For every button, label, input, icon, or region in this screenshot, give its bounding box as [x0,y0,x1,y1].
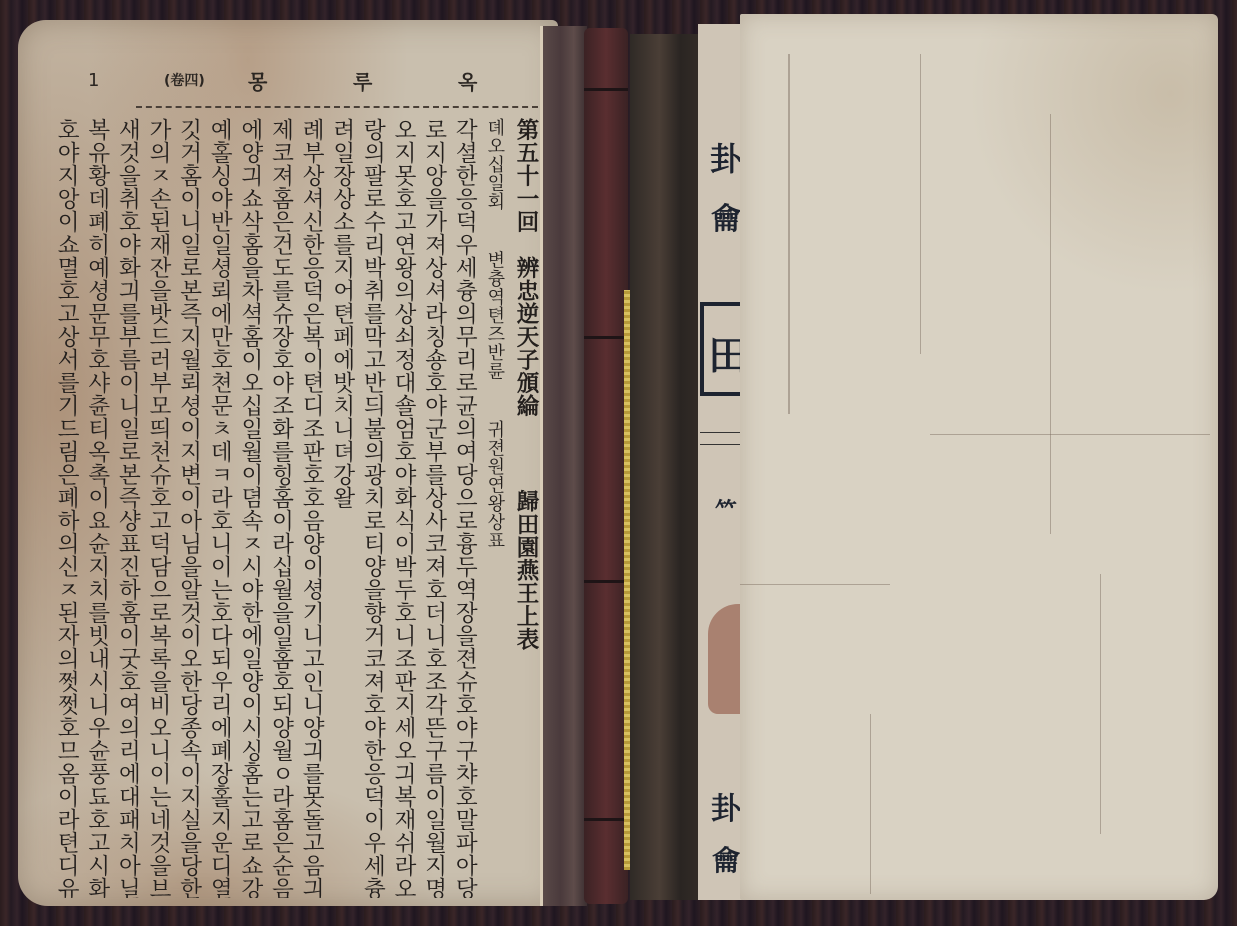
cover-crease [788,54,790,414]
bound-spine [584,28,628,904]
text-column: 랑의팔로수리박취를막고반듸불의광치로티양을향거코져호야한응덕이우세츙을거느 [360,118,389,898]
page-number: 1 [88,70,99,91]
vertical-text-body: 第五十一回 辨忠逆天子頒綸 歸田園燕王上表 뎨오십일회 변츙역텬즈반륜 귀젼원연… [54,118,542,898]
text-column: 호야지앙이쇼멸호고상서를기드림은폐하의신ㅈ된자의쩟쩟호므옴이라텬디유양이 [54,118,83,898]
stitch-mark [584,580,628,583]
cover-crease [920,54,921,354]
text-column: 새것을취호야화긔를부름이니일로본즉샹표진하홈이굿호여의리에대패치아닐지라 [115,118,144,898]
left-page: 1 (卷四) 몽 루 옥 第五十一回 辨忠逆天子頒綸 歸田園燕王上表 뎨오십일회… [18,20,558,906]
spine-title-box: 田 [700,302,744,396]
stitch-mark [584,88,628,91]
cover-crease [930,434,1210,435]
cover-crease [1100,574,1101,834]
book-title-char: 옥 [458,66,477,95]
back-cover [740,14,1218,900]
volume-label: (卷四) [164,70,205,90]
book-title-char: 루 [353,66,372,95]
stitch-mark [584,336,628,339]
cover-crease [1050,114,1051,534]
text-column: 가의ㅈ손된재잔을밧드러부모띄천슈호고덕담으로복록을비오니이는네것을브리교 [146,118,175,898]
page-header: 1 (卷四) 몽 루 옥 [88,62,528,98]
text-column: 에양긔쇼삭홈을차셕홈이오십일월이뎜속ㅈ시야한에일양이시싱홈는고로쇼강졀시 [238,118,267,898]
page-block-edge [540,26,587,906]
header-divider [136,106,538,108]
text-column: 예홀싱야반일셩뢰에만호쳔문ㅊ데ㅋ라호니이는호다되우리에폐장홀지운디열님을 [207,118,236,898]
text-column: 례부상셔신한응덕은복이텬디조판호호음양이셩기니고인니양긔를못돌고음긔롤어 [299,118,328,898]
text-column: 각셜한응덕우세츙의무리로균의여당으로흉두역장을젼슈호야구챠호말파아당호젹틔 [452,118,481,898]
text-column: 제코져홈은건도를슈장호야조화를힝홈이라십월을일홈호되양월ㅇ라홈은순음지월 [268,118,297,898]
chapter-heading-hanja: 第五十一回 辨忠逆天子頒綸 歸田園燕王上表 [513,118,542,898]
cover-crease [870,714,871,894]
text-column: 려일장상소를지어텬페에밧치니뎌강왈 [330,118,359,898]
text-column: 복유황데폐히예셩문무호샤츈티옥촉이요슌지치를빗내시니우슌풍됴호고시화세풍 [85,118,114,898]
stitch-mark [584,818,628,821]
cover-crease [740,584,890,585]
text-column: 로지앙을가져상셔라칭숑호야군부를상사코져호더니호조각뜬구름이일월지명을マ리 [422,118,451,898]
text-column: 깃거홈이니일로본즉지월뢰셩이지변이아님을알것이오한당종속이지실을당한즉인 [177,118,206,898]
chapter-heading-hangul: 뎨오십일회 변츙역텬즈반륜 귀젼원연왕상표 [483,118,512,898]
text-column: 오지못호고연왕의상쇠정대숄엄호야화식이박두호니조판지세오긔복재쉬라오히려당 [391,118,420,898]
book-title-char: 몽 [248,66,267,95]
